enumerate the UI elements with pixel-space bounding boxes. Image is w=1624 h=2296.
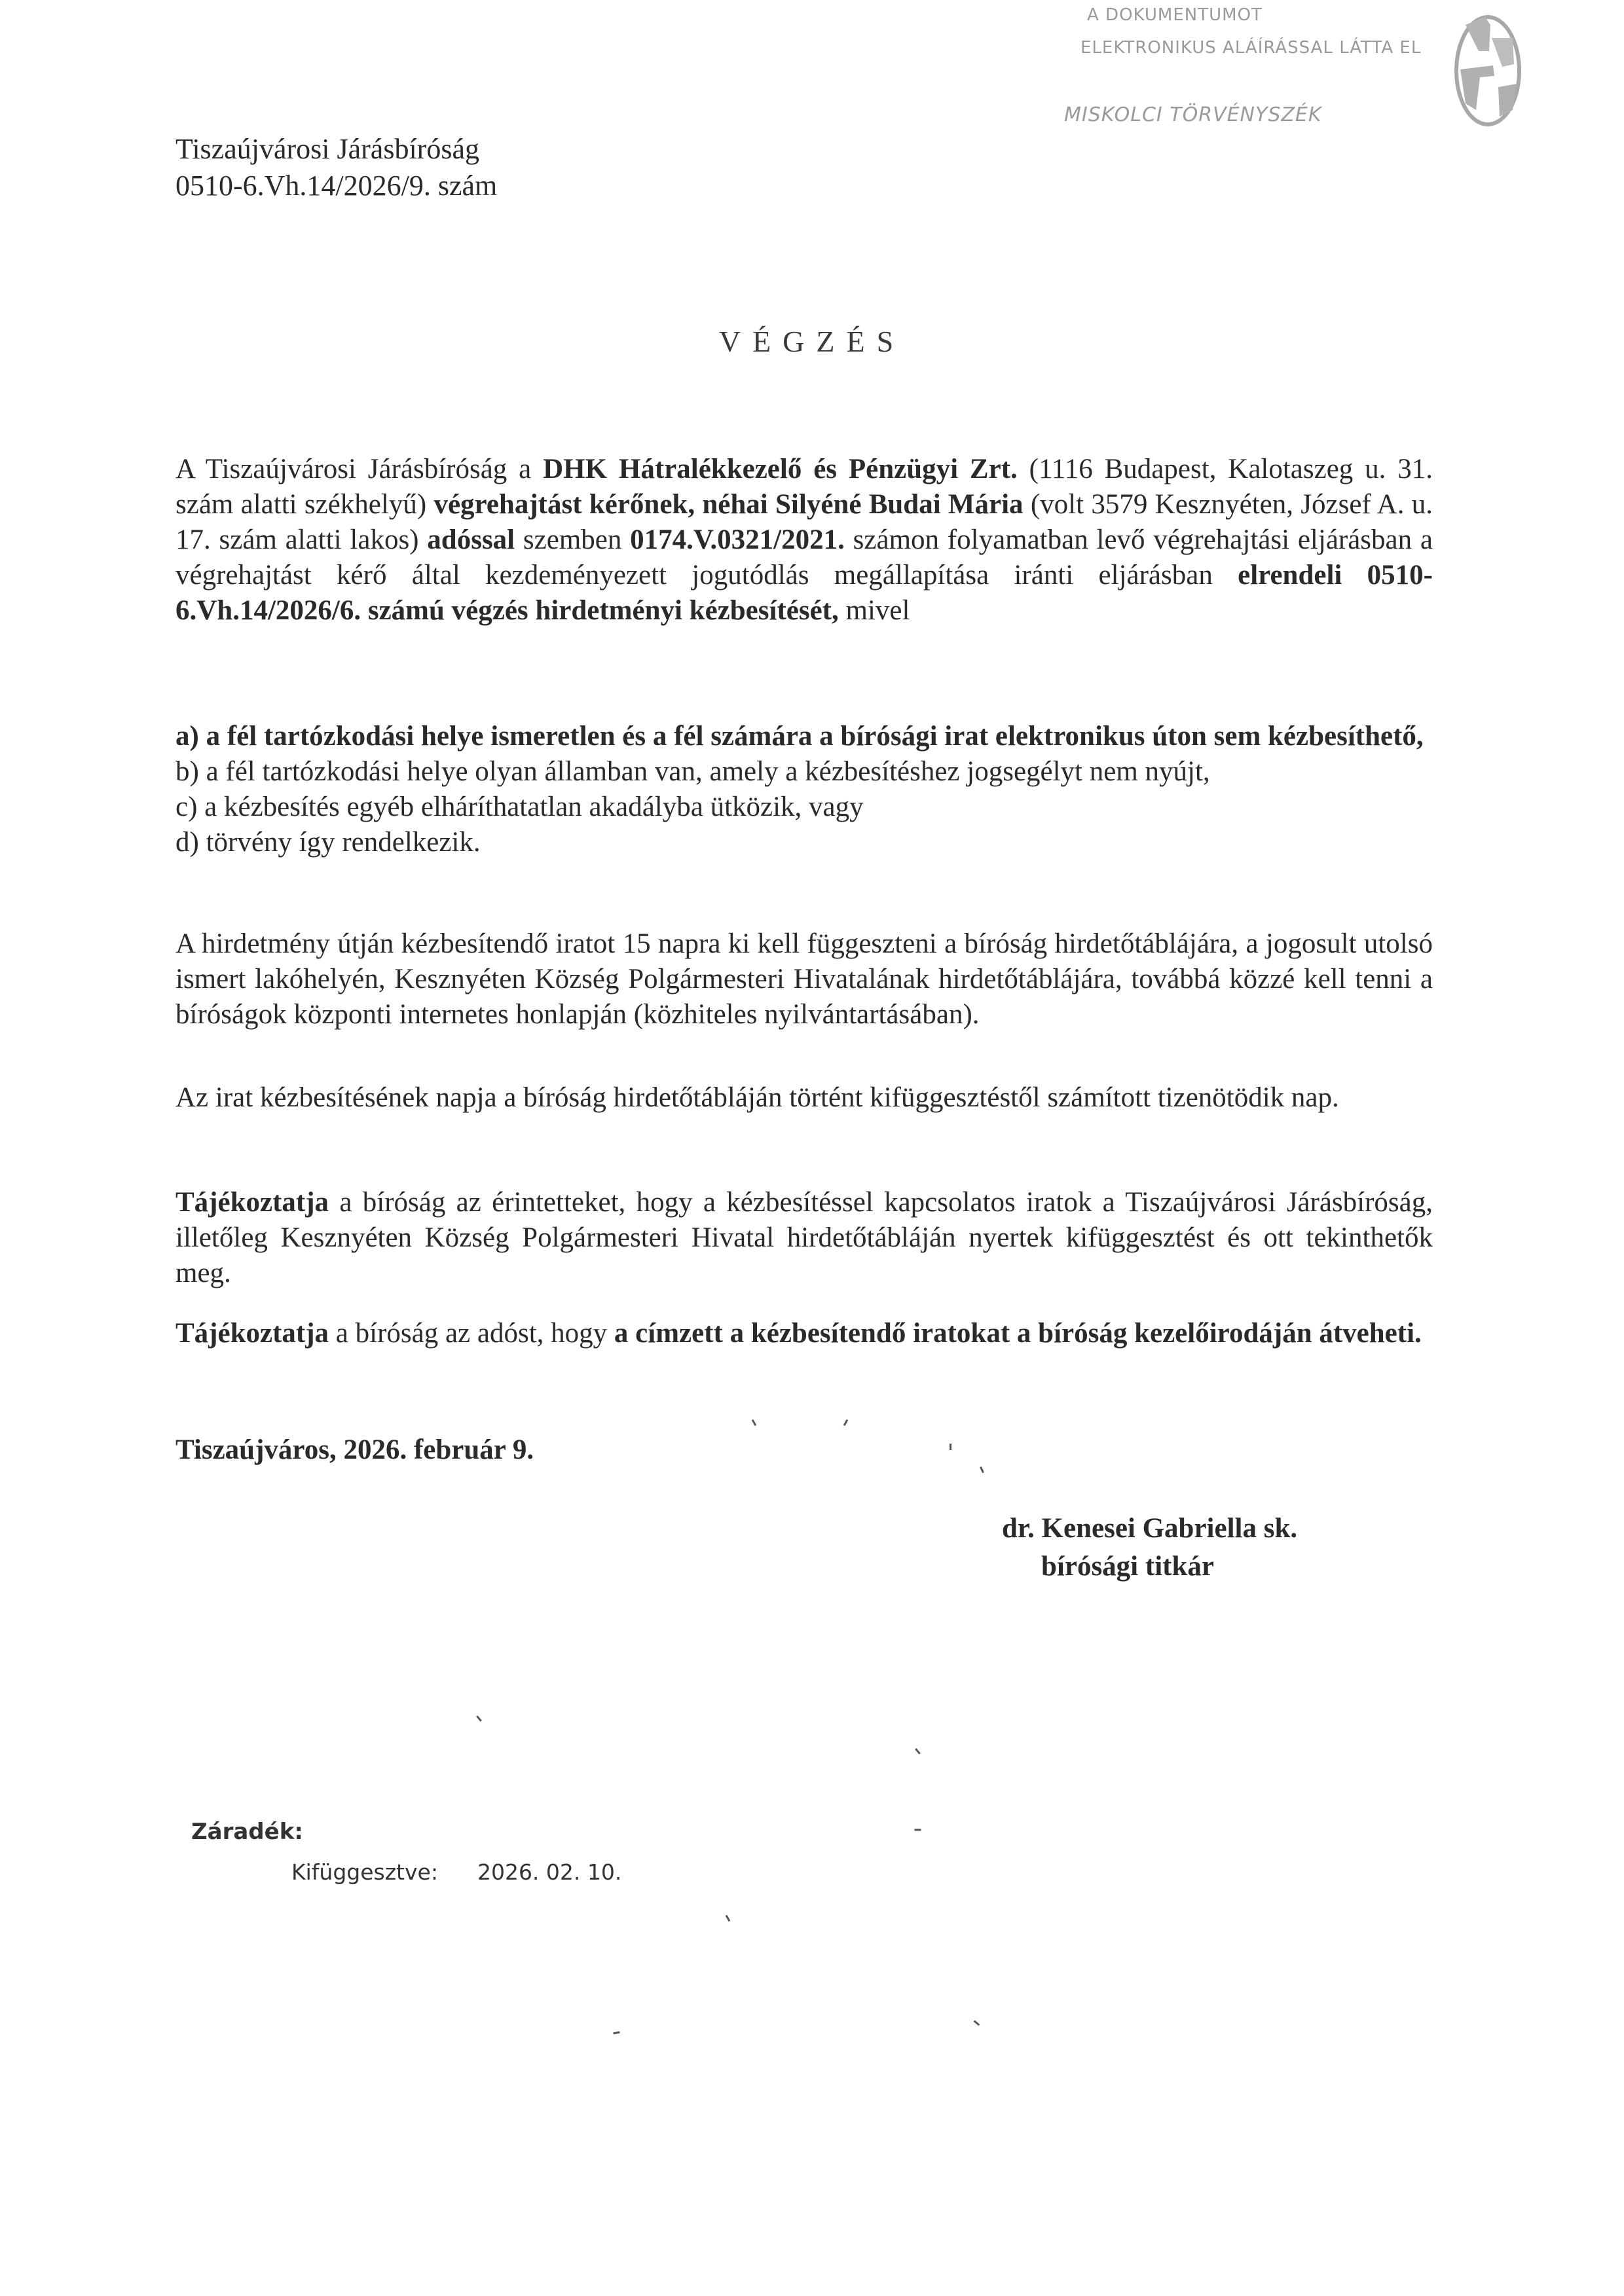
posted-label: Kifüggesztve: bbox=[291, 1859, 438, 1885]
notice-lead: Tájékoztatja bbox=[175, 1187, 329, 1218]
notice-text: a bíróság az adóst, hogy bbox=[329, 1318, 614, 1349]
clause-posted-row: Kifüggesztve:2026. 02. 10. bbox=[291, 1859, 621, 1885]
body-text: A Tiszaújvárosi Járásbíróság a bbox=[175, 454, 543, 484]
stamp-issuer: MISKOLCI TÖRVÉNYSZÉK bbox=[1064, 103, 1322, 126]
emphasized-text: végrehajtást kérőnek, néhai Silyéné Buda… bbox=[434, 489, 1023, 520]
place-date: Tiszaújváros, 2026. február 9. bbox=[175, 1434, 534, 1466]
notice-emphasis: a címzett a kézbesítendő iratokat a bíró… bbox=[614, 1318, 1422, 1349]
scan-artifact bbox=[752, 1419, 757, 1426]
condition-item: d) törvény így rendelkezik. bbox=[175, 825, 1433, 860]
scan-artifact bbox=[476, 1715, 482, 1722]
notice-paragraph-parties: Tájékoztatja a bíróság az érintetteket, … bbox=[175, 1185, 1433, 1291]
emphasized-text: 0174.V.0321/2021. bbox=[630, 524, 845, 555]
scan-artifact bbox=[980, 1467, 984, 1473]
scan-artifact bbox=[613, 2032, 619, 2035]
stamp-line-2: ELEKTRONIKUS ALÁÍRÁSSAL LÁTTA EL bbox=[1080, 38, 1421, 58]
emphasized-text: DHK Hátralékkezelő és Pénzügyi Zrt. bbox=[543, 454, 1018, 484]
body-text: szemben bbox=[515, 524, 630, 555]
order-paragraph: A Tiszaújvárosi Járásbíróság a DHK Hátra… bbox=[175, 452, 1433, 629]
court-logo-icon bbox=[1452, 12, 1523, 130]
scan-artifact bbox=[726, 1915, 731, 1922]
conditions-list: a) a fél tartózkodási helye ismeretlen é… bbox=[175, 719, 1433, 860]
condition-item: c) a kézbesítés egyéb elháríthatatlan ak… bbox=[175, 790, 1433, 825]
scan-artifact bbox=[915, 1829, 921, 1831]
delivery-day-paragraph: Az irat kézbesítésének napja a bíróság h… bbox=[175, 1080, 1433, 1116]
posted-date: 2026. 02. 10. bbox=[477, 1859, 621, 1885]
stamp-line-1: A DOKUMENTUMOT bbox=[1087, 5, 1263, 25]
signatory-title: bírósági titkár bbox=[1041, 1550, 1214, 1582]
scan-artifact bbox=[843, 1419, 849, 1426]
clause-label: Záradék: bbox=[191, 1819, 303, 1845]
condition-item: a) a fél tartózkodási helye ismeretlen é… bbox=[175, 719, 1433, 754]
court-name: Tiszaújvárosi Járásbíróság bbox=[175, 131, 497, 168]
scan-artifact bbox=[950, 1444, 951, 1450]
emphasized-text: adóssal bbox=[427, 524, 515, 555]
scan-artifact bbox=[974, 2020, 980, 2026]
body-text: mivel bbox=[839, 595, 910, 626]
notice-text: a bíróság az érintetteket, hogy a kézbes… bbox=[175, 1187, 1433, 1288]
notice-paragraph-debtor: Tájékoztatja a bíróság az adóst, hogy a … bbox=[175, 1316, 1433, 1351]
condition-item: b) a fél tartózkodási helye olyan államb… bbox=[175, 754, 1433, 790]
case-number: 0510-6.Vh.14/2026/9. szám bbox=[175, 168, 497, 204]
scan-artifact bbox=[915, 1748, 921, 1755]
notice-lead: Tájékoztatja bbox=[175, 1318, 329, 1349]
document-header: Tiszaújvárosi Járásbíróság 0510-6.Vh.14/… bbox=[175, 131, 497, 204]
posting-paragraph: A hirdetmény útján kézbesítendő iratot 1… bbox=[175, 926, 1433, 1032]
document-title: VÉGZÉS bbox=[0, 324, 1624, 359]
signatory-name: dr. Kenesei Gabriella sk. bbox=[1002, 1512, 1297, 1544]
